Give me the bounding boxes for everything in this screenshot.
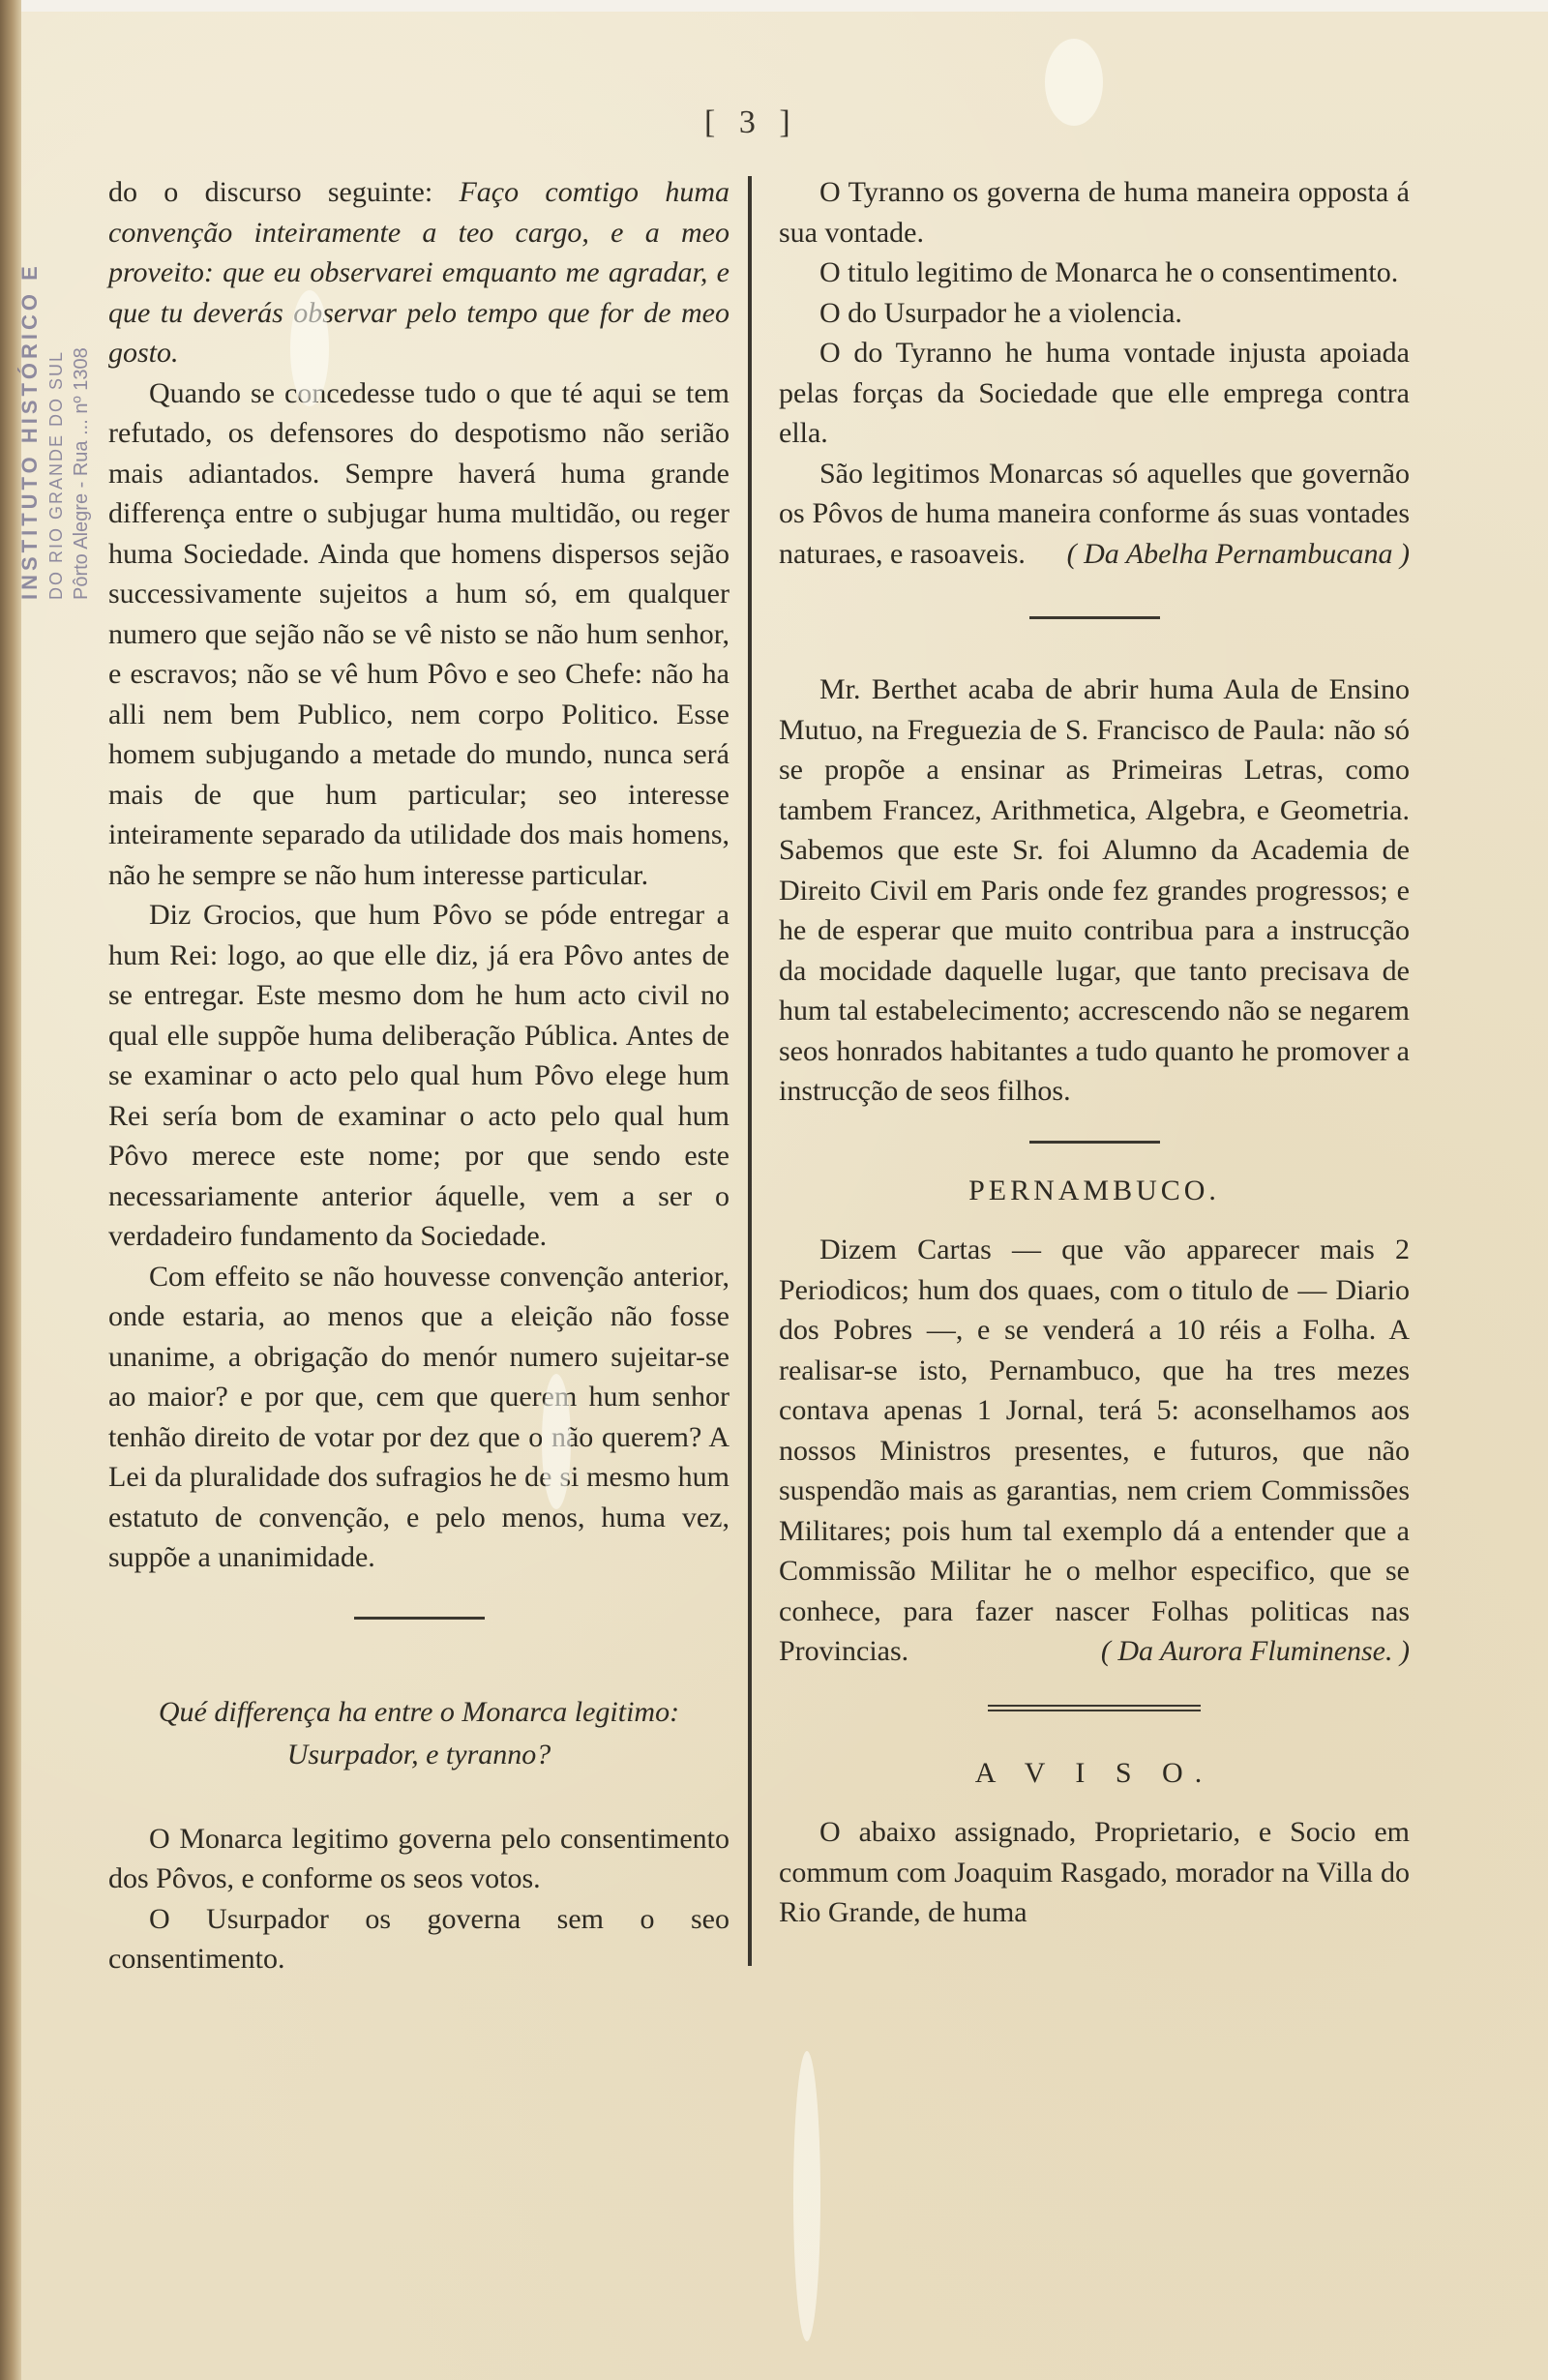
paper-stain: [793, 2051, 820, 2341]
paragraph-legitimos: São legitimos Monarcas só aquelles que g…: [779, 454, 1410, 575]
paragraph-aviso: O abaixo assignado, Proprietario, e Soci…: [779, 1812, 1410, 1933]
paragraph-text: Dizem Cartas — que vão apparecer mais 2 …: [779, 1234, 1410, 1667]
paragraph-pernambuco: Dizem Cartas — que vão apparecer mais 2 …: [779, 1230, 1410, 1672]
paragraph-discourse: do o discurso seguinte: Faço comtigo hum…: [108, 172, 729, 373]
section-rule: [354, 1617, 485, 1620]
right-column: O Tyranno os governa de huma maneira opp…: [779, 172, 1410, 1933]
paragraph-text: do o discurso seguinte:: [108, 176, 459, 208]
stamp-line-1: INSTITUTO HISTÓRICO E: [17, 262, 43, 600]
section-rule: [1029, 616, 1160, 619]
paragraph-berthet: Mr. Berthet acaba de abrir huma Aula de …: [779, 669, 1410, 1112]
stamp-line-2: DO RIO GRANDE DO SUL: [46, 262, 67, 600]
page-number: [ 3 ]: [704, 104, 820, 141]
section-rule: [1029, 1141, 1160, 1144]
page-top-edge: [0, 0, 1548, 12]
paragraph-grocios: Diz Grocios, que hum Pôvo se póde entreg…: [108, 895, 729, 1257]
question-heading: Qué differença ha entre o Monarca legiti…: [108, 1691, 729, 1776]
newspaper-page: INSTITUTO HISTÓRICO E DO RIO GRANDE DO S…: [0, 0, 1548, 2380]
stamp-line-3: Pôrto Alegre - Rua ... nº 1308: [71, 262, 93, 600]
paper-stain: [1045, 39, 1103, 126]
library-stamp: INSTITUTO HISTÓRICO E DO RIO GRANDE DO S…: [17, 262, 93, 600]
answer-usurpador: O Usurpador os governa sem o seo consent…: [108, 1899, 729, 1979]
column-divider: [748, 176, 752, 1966]
paragraph-convencao: Com effeito se não houvesse convenção an…: [108, 1257, 729, 1578]
paragraph-usurpador: O do Usurpador he a violencia.: [779, 293, 1410, 334]
paragraph-despotismo: Quando se concedesse tudo o que té aqui …: [108, 373, 729, 896]
source-citation: ( Da Aurora Fluminense. ): [1060, 1631, 1410, 1672]
section-double-rule: [988, 1705, 1201, 1707]
paragraph-tyranno: O Tyranno os governa de huma maneira opp…: [779, 172, 1410, 253]
paragraph-titulo: O titulo legitimo de Monarca he o consen…: [779, 253, 1410, 293]
section-title-aviso: A V I S O.: [779, 1753, 1410, 1794]
paragraph-tyranno-vontade: O do Tyranno he huma vontade injusta apo…: [779, 333, 1410, 454]
source-citation: ( Da Abelha Pernambucana ): [1027, 534, 1410, 575]
answer-monarca: O Monarca legitimo governa pelo consenti…: [108, 1819, 729, 1899]
section-title-pernambuco: PERNAMBUCO.: [779, 1171, 1410, 1211]
left-column: do o discurso seguinte: Faço comtigo hum…: [108, 172, 729, 1979]
